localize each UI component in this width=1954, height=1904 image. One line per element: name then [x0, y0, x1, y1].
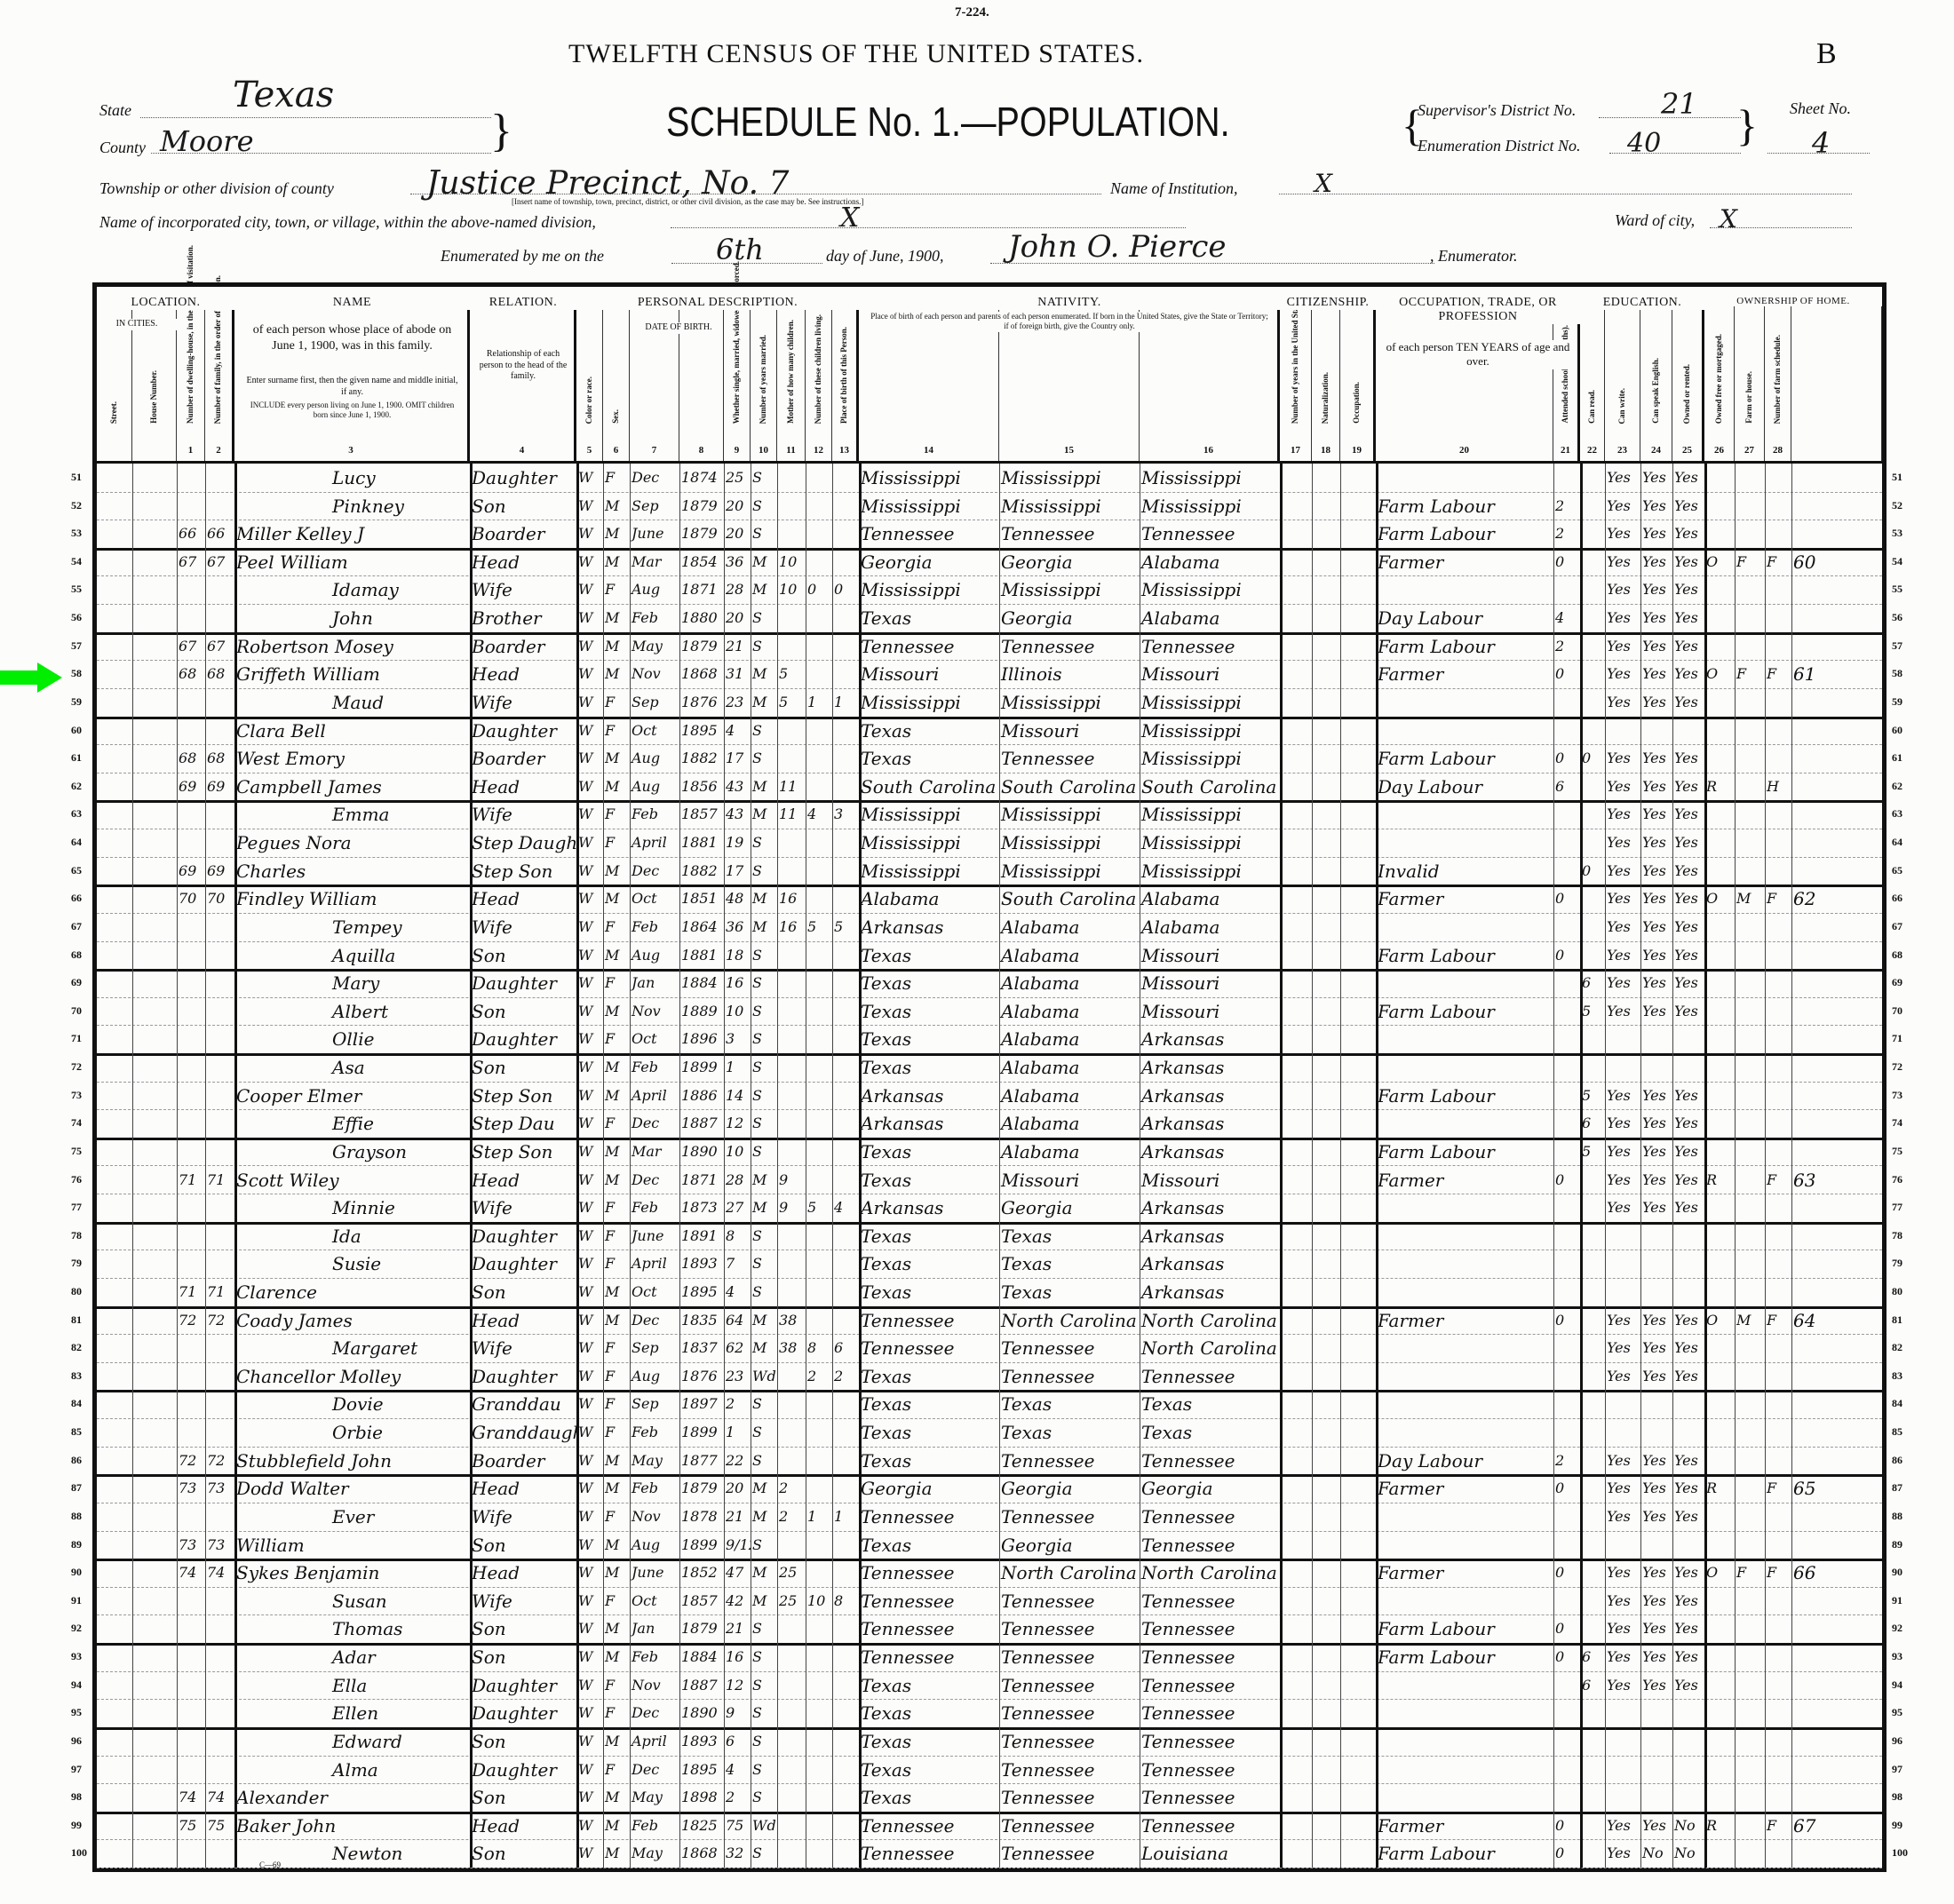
cell-read: Yes [1605, 1138, 1640, 1166]
cell-rel: Step Son [470, 1138, 576, 1166]
cell-write [1640, 1222, 1672, 1250]
cell-name: Miller Kelley J [234, 520, 470, 548]
cell-month: May [630, 1783, 679, 1812]
cell-free [1735, 1474, 1765, 1503]
cell-ym: 10 [777, 548, 806, 576]
cell-month: Aug [630, 575, 679, 604]
cell-month: Feb [630, 1812, 679, 1840]
line-number: 88 [71, 1510, 82, 1523]
cell-sex: M [603, 744, 630, 773]
cell-ms: M [751, 773, 777, 801]
table-row: 7474AlexanderSonWMMay18982STexasTennesse… [97, 1783, 1882, 1814]
cell-age: 1 [724, 1418, 751, 1447]
cell-eng: Yes [1672, 744, 1704, 773]
cell-free [1735, 1643, 1765, 1671]
column-header: 1Number of dwelling-house, in the order … [177, 287, 205, 461]
cell-color: W [576, 1082, 603, 1110]
cell-read: Yes [1605, 1447, 1640, 1475]
cell-age: 43 [724, 773, 751, 801]
cell-write [1640, 1418, 1672, 1447]
institution-value: X [1315, 169, 1332, 198]
cell-read: Yes [1605, 800, 1640, 829]
cell-name: Margaret [234, 1334, 470, 1362]
cell-mc [806, 1109, 832, 1138]
cell-own [1704, 1222, 1735, 1250]
cell-cl: 2 [832, 1362, 859, 1391]
cell-rel: Head [470, 548, 576, 576]
cell-age: 31 [724, 660, 751, 688]
cell-sex: M [603, 1447, 630, 1475]
cell-sch [1580, 520, 1605, 548]
cell-name: Orbie [234, 1418, 470, 1447]
column-divider [1640, 464, 1641, 1868]
cell-occ: Farmer [1376, 1812, 1553, 1840]
cell-mne: 2 [1553, 1447, 1580, 1475]
cell-mc [806, 1082, 832, 1110]
cell-name: Coady James [234, 1306, 470, 1335]
line-number: 60 [1892, 724, 1902, 737]
line-number: 99 [71, 1819, 82, 1832]
cell-age: 8 [724, 1222, 751, 1250]
cell-ym [777, 492, 806, 520]
cell-ym [777, 1671, 806, 1700]
cell-pob: Arkansas [859, 913, 999, 941]
cell-year: 1864 [679, 913, 724, 941]
cell-name: Lucy [234, 464, 470, 492]
cell-month: April [630, 829, 679, 857]
cell-eng: Yes [1672, 1587, 1704, 1615]
column-number: 6 [603, 445, 629, 456]
cell-age: 28 [724, 575, 751, 604]
cell-cl [832, 1418, 859, 1447]
cell-cl [832, 969, 859, 997]
cell-pob: Mississippi [859, 464, 999, 492]
cell-dw [177, 1671, 205, 1700]
line-number: 56 [1892, 611, 1902, 624]
cell-mne [1553, 1418, 1580, 1447]
table-row: EverWifeWFNov187821M211TennesseeTennesse… [97, 1503, 1882, 1532]
line-number: 70 [1892, 1004, 1902, 1018]
census-title: TWELFTH CENSUS OF THE UNITED STATES. [568, 39, 1144, 69]
cell-month: June [630, 1559, 679, 1587]
cell-sch [1580, 1447, 1605, 1475]
line-number: 53 [71, 527, 82, 540]
cell-mpob: Louisiana [1140, 1839, 1280, 1868]
cell-cl: 5 [832, 913, 859, 941]
cell-sex: M [603, 1278, 630, 1306]
column-label: Owned or rented. [1682, 364, 1691, 424]
cell-read: Yes [1605, 1194, 1640, 1222]
cell-sch [1580, 632, 1605, 661]
line-number: 63 [1892, 807, 1902, 821]
cell-mpob: Tennessee [1140, 1362, 1280, 1391]
cell-occ [1376, 1783, 1553, 1812]
cell-name: Dovie [234, 1390, 470, 1418]
cell-mc [806, 1839, 832, 1868]
cell-sex: M [603, 548, 630, 576]
cell-own [1704, 1025, 1735, 1053]
cell-read [1605, 1699, 1640, 1727]
cell-write [1640, 1699, 1672, 1727]
column-number: 8 [679, 445, 723, 456]
cell-mpob: North Carolina [1140, 1334, 1280, 1362]
cell-mc: 5 [806, 913, 832, 941]
cell-own [1704, 1334, 1735, 1362]
cell-sch: 6 [1580, 1109, 1605, 1138]
cell-age: 20 [724, 1474, 751, 1503]
cell-sex: M [603, 1138, 630, 1166]
cell-ms: S [751, 520, 777, 548]
cell-free: F [1735, 660, 1765, 688]
cell-pob: Texas [859, 1727, 999, 1756]
cell-month: April [630, 1082, 679, 1110]
table-row: Clara BellDaughterWFOct18954STexasMissou… [97, 717, 1882, 746]
cell-eng [1672, 1053, 1704, 1082]
cell-ms: M [751, 1503, 777, 1531]
cell-sch [1580, 773, 1605, 801]
cell-read: Yes [1605, 1109, 1640, 1138]
column-divider [177, 464, 178, 1868]
county-value: Moore [160, 124, 254, 158]
cell-occ: Farm Labour [1376, 520, 1553, 548]
cell-dw [177, 1727, 205, 1756]
cell-write [1640, 1025, 1672, 1053]
cell-ms: S [751, 492, 777, 520]
line-number: 89 [71, 1538, 82, 1551]
cell-dw [177, 688, 205, 717]
cell-name: Grayson [234, 1138, 470, 1166]
cell-fsch [1791, 1249, 1882, 1278]
cell-mpob: Arkansas [1140, 1082, 1280, 1110]
line-number: 80 [71, 1285, 82, 1298]
cell-read: Yes [1605, 773, 1640, 801]
cell-pob: Texas [859, 1138, 999, 1166]
cell-mc [806, 744, 832, 773]
cell-free [1735, 492, 1765, 520]
line-number: 84 [1892, 1397, 1902, 1410]
table-row: 6868Griffeth WilliamHeadWMNov186831M5Mis… [97, 660, 1882, 689]
line-number: 80 [1892, 1285, 1902, 1298]
cell-ym [777, 520, 806, 548]
cell-name: Ellen [234, 1699, 470, 1727]
cell-color: W [576, 941, 603, 970]
cell-write [1640, 1278, 1672, 1306]
line-number: 75 [1892, 1145, 1902, 1158]
cell-free [1735, 1756, 1765, 1784]
line-number: 86 [1892, 1454, 1902, 1467]
cell-sex: F [603, 1334, 630, 1362]
cell-month: Nov [630, 1503, 679, 1531]
cell-pob: Tennessee [859, 1839, 999, 1868]
cell-name: Peel William [234, 548, 470, 576]
cell-mc [806, 1699, 832, 1727]
cell-mc [806, 464, 832, 492]
column-header: 3 [234, 287, 470, 461]
cell-year: 1891 [679, 1222, 724, 1250]
cell-mpob: North Carolina [1140, 1559, 1280, 1587]
cell-read: Yes [1605, 1306, 1640, 1335]
group-header-education: EDUCATION. [1580, 287, 1704, 310]
cell-write: Yes [1640, 1671, 1672, 1700]
cell-fsch [1791, 492, 1882, 520]
cell-mne: 0 [1553, 1812, 1580, 1840]
cell-mc [806, 1447, 832, 1475]
cell-write: Yes [1640, 660, 1672, 688]
cell-occ [1376, 1222, 1553, 1250]
cell-ms: S [751, 857, 777, 885]
cell-free [1735, 829, 1765, 857]
cell-fpob: Alabama [999, 941, 1140, 970]
line-number: 89 [1892, 1538, 1902, 1551]
column-number: 9 [724, 445, 750, 456]
cell-ms: M [751, 660, 777, 688]
cell-fsch [1791, 1699, 1882, 1727]
column-header: Street. [97, 287, 132, 461]
cell-month: Dec [630, 464, 679, 492]
cell-fsch [1791, 1503, 1882, 1531]
cell-name: Minnie [234, 1194, 470, 1222]
cell-fpob: Mississippi [999, 688, 1140, 717]
cell-eng: Yes [1672, 997, 1704, 1026]
line-number: 86 [71, 1454, 82, 1467]
cell-rel: Daughter [470, 464, 576, 492]
cell-mc [806, 941, 832, 970]
cell-read: Yes [1605, 1643, 1640, 1671]
table-row: SusieDaughterWFApril18937STexasTexasArka… [97, 1249, 1882, 1279]
cell-read [1605, 1390, 1640, 1418]
institution-label: Name of Institution, [1110, 179, 1238, 198]
cell-eng: Yes [1672, 1614, 1704, 1643]
cell-sch [1580, 1362, 1605, 1391]
cell-pob: Texas [859, 1671, 999, 1700]
cell-fpob: South Carolina [999, 885, 1140, 913]
cell-write [1640, 1053, 1672, 1082]
table-row: PinkneySonWMSep187920SMississippiMississ… [97, 492, 1882, 521]
cell-ym [777, 1390, 806, 1418]
table-row: AsaSonWMFeb18991STexasAlabamaArkansas [97, 1053, 1882, 1083]
cell-sex: F [603, 969, 630, 997]
line-number: 63 [71, 807, 82, 821]
cell-occ [1376, 913, 1553, 941]
cell-mpob: Missouri [1140, 969, 1280, 997]
cell-month: Oct [630, 1025, 679, 1053]
cell-fpob: Missouri [999, 1166, 1140, 1194]
column-label: Naturalization. [1321, 372, 1330, 424]
cell-farm [1765, 464, 1791, 492]
column-header: 12Number of these children living. [806, 287, 832, 461]
cell-cl [832, 660, 859, 688]
cell-fpob: Tennessee [999, 1783, 1140, 1812]
cell-fsch: 64 [1791, 1306, 1882, 1335]
cell-cl [832, 1812, 859, 1840]
cell-cl [832, 857, 859, 885]
cell-sex: F [603, 1587, 630, 1615]
cell-mc [806, 1390, 832, 1418]
cell-rel: Wife [470, 1587, 576, 1615]
cell-cl [832, 520, 859, 548]
column-number: 28 [1765, 445, 1791, 456]
column-number: 22 [1580, 445, 1604, 456]
cell-farm [1765, 1025, 1791, 1053]
cell-month: Sep [630, 1390, 679, 1418]
cell-fsch [1791, 1390, 1882, 1418]
cell-farm [1765, 1053, 1791, 1082]
cell-sch: 6 [1580, 969, 1605, 997]
cell-mc [806, 829, 832, 857]
line-number: 68 [1892, 948, 1902, 962]
cell-sch [1580, 1166, 1605, 1194]
cell-fpob: Alabama [999, 913, 1140, 941]
cell-mne [1553, 1756, 1580, 1784]
township-value: Justice Precinct, No. 7 [426, 165, 789, 202]
cell-read: Yes [1605, 688, 1640, 717]
table-row: EmmaWifeWFFeb185743M1143MississippiMissi… [97, 800, 1882, 829]
table-row: Chancellor MolleyDaughterWFAug187623Wd22… [97, 1362, 1882, 1393]
cell-age: 36 [724, 548, 751, 576]
cell-farm: F [1765, 1812, 1791, 1840]
cell-sex: F [603, 1671, 630, 1700]
cell-name: Emma [234, 800, 470, 829]
cell-fam [205, 800, 234, 829]
cell-write: Yes [1640, 1643, 1672, 1671]
cell-color: W [576, 1783, 603, 1812]
line-number: 94 [1892, 1678, 1902, 1692]
cell-farm [1765, 1727, 1791, 1756]
column-header: 18Naturalization. [1312, 287, 1340, 461]
cell-age: 16 [724, 1643, 751, 1671]
cell-ym [777, 632, 806, 661]
group-header-name: NAME [234, 287, 470, 310]
cell-farm [1765, 1222, 1791, 1250]
cell-fpob: Texas [999, 1222, 1140, 1250]
cell-mpob: Tennessee [1140, 1643, 1280, 1671]
cell-rel: Boarder [470, 520, 576, 548]
supervisor-value: 21 [1661, 87, 1697, 121]
cell-eng: Yes [1672, 1362, 1704, 1391]
cell-sex: M [603, 1306, 630, 1335]
cell-free [1735, 773, 1765, 801]
cell-fam: 67 [205, 632, 234, 661]
cell-month: Feb [630, 1418, 679, 1447]
group-header-citizenship: CITIZENSHIP. [1280, 287, 1376, 310]
cell-eng: Yes [1672, 969, 1704, 997]
cell-year: 1896 [679, 1025, 724, 1053]
cell-name: Sykes Benjamin [234, 1559, 470, 1587]
cell-sex: F [603, 1362, 630, 1391]
cell-farm [1765, 941, 1791, 970]
cell-color: W [576, 857, 603, 885]
cell-sex: F [603, 1109, 630, 1138]
cell-fam [205, 1138, 234, 1166]
line-number: 69 [71, 976, 82, 989]
cell-write [1640, 1390, 1672, 1418]
column-header: 22Can read. [1580, 287, 1605, 461]
cell-fsch [1791, 1222, 1882, 1250]
cell-cl [832, 997, 859, 1026]
cell-mne [1553, 1362, 1580, 1391]
column-number: 17 [1280, 445, 1311, 456]
cell-sex: M [603, 1053, 630, 1082]
cell-sch [1580, 1756, 1605, 1784]
line-number: 55 [1892, 583, 1902, 596]
cell-fsch [1791, 1082, 1882, 1110]
cell-month: Aug [630, 1531, 679, 1559]
line-number: 93 [71, 1650, 82, 1663]
line-number: 72 [71, 1060, 82, 1074]
cell-name: Cooper Elmer [234, 1082, 470, 1110]
cell-month: Oct [630, 1278, 679, 1306]
brace-right: } [1736, 99, 1758, 151]
cell-rel: Daughter [470, 717, 576, 745]
column-header: 19Occupation. [1340, 287, 1376, 461]
table-row: 6969Campbell JamesHeadWMAug185643M11Sout… [97, 773, 1882, 804]
header-note: of each person whose place of abode on J… [243, 322, 461, 353]
cell-own [1704, 969, 1735, 997]
cell-sex: M [603, 1082, 630, 1110]
cell-pob: Tennessee [859, 1643, 999, 1671]
cell-name: Chancellor Molley [234, 1362, 470, 1391]
cell-ym [777, 1249, 806, 1278]
cell-mne: 0 [1553, 1474, 1580, 1503]
cell-mc [806, 1559, 832, 1587]
cell-ym [777, 1053, 806, 1082]
cell-sch [1580, 1222, 1605, 1250]
cell-sex: M [603, 1531, 630, 1559]
cell-dw [177, 1082, 205, 1110]
cell-color: W [576, 1222, 603, 1250]
cell-pob: Alabama [859, 885, 999, 913]
line-number: 51 [71, 471, 82, 484]
cell-mc [806, 857, 832, 885]
cell-color: W [576, 885, 603, 913]
cell-occ: Farm Labour [1376, 1614, 1553, 1643]
cell-occ: Farm Labour [1376, 632, 1553, 661]
cell-fam: 73 [205, 1531, 234, 1559]
cell-cl [832, 744, 859, 773]
cell-sch: 0 [1580, 857, 1605, 885]
cell-color: W [576, 1812, 603, 1840]
table-row: 7070Findley WilliamHeadWMOct185148M16Ala… [97, 885, 1882, 914]
cell-eng: Yes [1672, 1306, 1704, 1335]
cell-fsch: 65 [1791, 1474, 1882, 1503]
cell-fpob: Georgia [999, 1531, 1140, 1559]
schedule-title: SCHEDULE No. 1.—POPULATION. [666, 98, 1230, 146]
cell-farm [1765, 913, 1791, 941]
cell-mc [806, 660, 832, 688]
table-row: LucyDaughterWFDec187425SMississippiMissi… [97, 464, 1882, 493]
cell-rel: Son [470, 1531, 576, 1559]
line-number: 73 [71, 1089, 82, 1102]
cell-free [1735, 1418, 1765, 1447]
cell-occ [1376, 1587, 1553, 1615]
column-label: Number of farm schedule. [1773, 335, 1782, 424]
cell-free [1735, 464, 1765, 492]
cell-sex: M [603, 773, 630, 801]
cell-cl: 4 [832, 1194, 859, 1222]
cell-color: W [576, 604, 603, 632]
table-row: MaryDaughterWFJan188416STexasAlabamaMiss… [97, 969, 1882, 998]
cell-pob: Arkansas [859, 1082, 999, 1110]
cell-farm [1765, 1334, 1791, 1362]
column-number: 11 [777, 445, 805, 456]
cell-fam: 69 [205, 857, 234, 885]
cell-cl [832, 1138, 859, 1166]
cell-fam [205, 1839, 234, 1868]
cell-sch [1580, 1812, 1605, 1840]
cell-name: Aquilla [234, 941, 470, 970]
cell-write: Yes [1640, 1587, 1672, 1615]
cell-mne: 0 [1553, 1306, 1580, 1335]
